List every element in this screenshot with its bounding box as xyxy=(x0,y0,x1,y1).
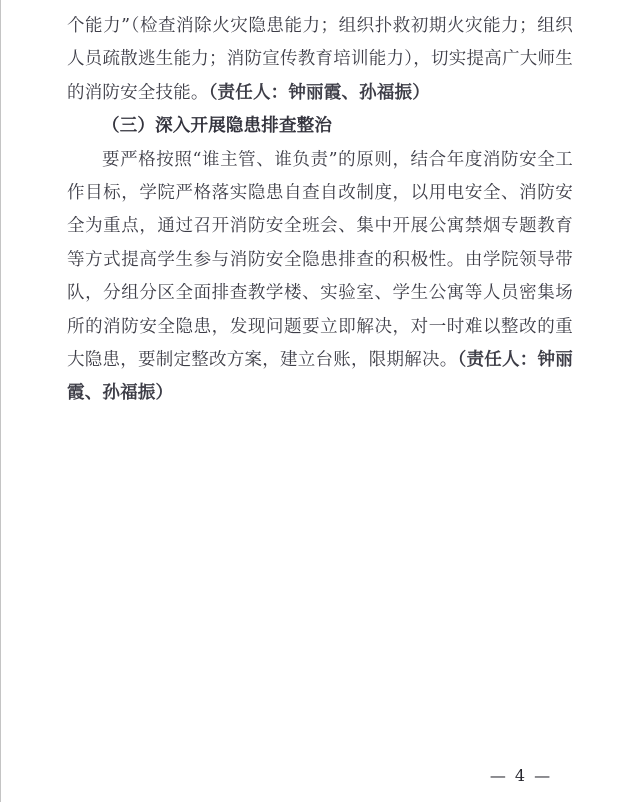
document-page: 个能力”（检查消除火灾隐患能力；组织扑救初期火灾能力；组织人员疏散逃生能力；消防… xyxy=(0,0,639,802)
paragraph-main: 要严格按照“谁主管、谁负责”的原则，结合年度消防安全工作目标，学院严格落实隐患自… xyxy=(67,144,573,411)
section-heading: （三）深入开展隐患排查整治 xyxy=(67,110,573,143)
paragraph-text: 要严格按照“谁主管、谁负责”的原则，结合年度消防安全工作目标，学院严格落实隐患自… xyxy=(67,150,573,370)
paragraph-continuation: 个能力”（检查消除火灾隐患能力；组织扑救初期火灾能力；组织人员疏散逃生能力；消防… xyxy=(67,10,573,110)
document-body: 个能力”（检查消除火灾隐患能力；组织扑救初期火灾能力；组织人员疏散逃生能力；消防… xyxy=(67,10,573,411)
responsible-person-note: （责任人：钟丽霞、孙福振） xyxy=(209,83,430,103)
page-number: — 4 — xyxy=(489,766,553,785)
